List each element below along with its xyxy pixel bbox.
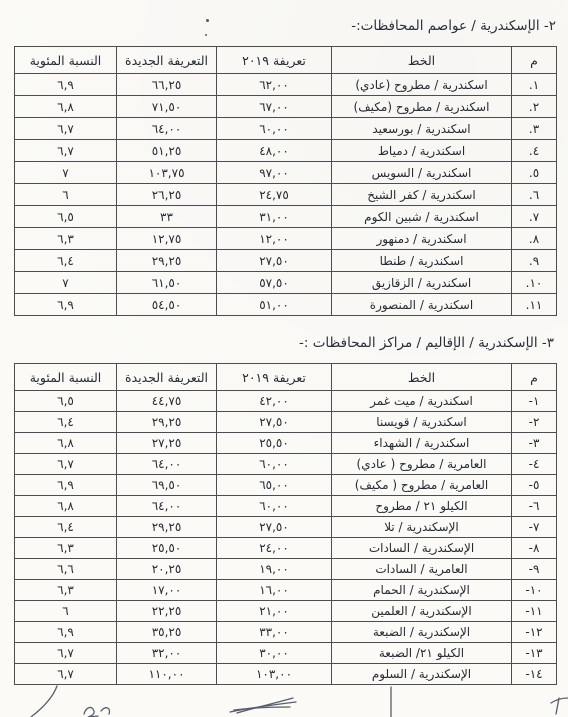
cell-tariff-2019: ٢٧,٥٠ xyxy=(217,412,332,433)
cell-new-tariff: ٧١,٥٠ xyxy=(117,96,217,118)
cell-line: اسكندرية / السويس xyxy=(332,162,512,184)
table-row: ١١-الإسكندرية / العلمين٢١,٠٠٢٢,٢٥٦ xyxy=(15,601,557,622)
cell-tariff-2019: ٦٠,٠٠ xyxy=(217,496,332,517)
cell-line: العامرية / السادات xyxy=(332,559,512,580)
cell-num: ٩- xyxy=(512,559,557,580)
table-row: ٧.اسكندرية / شبين الكوم٣١,٠٠٣٣٦,٥ xyxy=(15,206,557,228)
cell-line: اسكندرية / مطروح (عادي) xyxy=(332,74,512,96)
cell-line: الكيلو ٢١/ الضبعة xyxy=(332,643,512,664)
section-regions: ٣- الإسكندرية / الإقاليم / مراكز المحافظ… xyxy=(0,316,568,685)
cell-tariff-2019: ٤٨,٠٠ xyxy=(217,140,332,162)
cell-new-tariff: ٥١,٢٥ xyxy=(117,140,217,162)
table-row: ١٢-الإسكندرية / الضبعة٣٣,٠٠٣٥,٢٥٦,٩ xyxy=(15,622,557,643)
cell-percent: ٦,٥ xyxy=(15,391,117,412)
cell-num: ٥. xyxy=(512,162,557,184)
cell-new-tariff: ٢٢,٢٥ xyxy=(117,601,217,622)
pen-mark-arrow xyxy=(230,702,296,712)
cell-line: العامرية / مطروح ( مكيف) xyxy=(332,475,512,496)
cell-tariff-2019: ٥٧,٥٠ xyxy=(217,272,332,294)
cell-line: اسكندرية / دمياط xyxy=(332,140,512,162)
cell-tariff-2019: ٦٧,٠٠ xyxy=(217,96,332,118)
cell-percent: ٦,٧ xyxy=(15,664,117,685)
cell-new-tariff: ٢٩,٢٥ xyxy=(117,412,217,433)
section-regions-title: ٣- الإسكندرية / الإقاليم / مراكز المحافظ… xyxy=(0,316,568,351)
cell-new-tariff: ٢٩,٢٥ xyxy=(117,250,217,272)
cell-tariff-2019: ٦٢,٠٠ xyxy=(217,74,332,96)
cell-percent: ٦,٦ xyxy=(15,559,117,580)
table-row: ١٠.اسكندرية / الزقازيق٥٧,٥٠٦١,٥٠٧ xyxy=(15,272,557,294)
cell-num: ١- xyxy=(512,391,557,412)
cell-line: اسكندرية / كفر الشيخ xyxy=(332,184,512,206)
cell-line: الإسكندرية / الضبعة xyxy=(332,622,512,643)
cell-tariff-2019: ١٩,٠٠ xyxy=(217,559,332,580)
cell-new-tariff: ٦٩,٥٠ xyxy=(117,475,217,496)
cell-num: ١٠- xyxy=(512,580,557,601)
scanned-document-page: ٢- الإسكندرية / عواصم المحافظات:- م الخط… xyxy=(0,0,568,717)
column-header-line: الخط xyxy=(332,364,512,391)
cell-line: اسكندرية / مطروح (مكيف) xyxy=(332,96,512,118)
cell-line: الإسكندرية / الحمام xyxy=(332,580,512,601)
cell-tariff-2019: ٩٧,٠٠ xyxy=(217,162,332,184)
cell-num: ٨. xyxy=(512,228,557,250)
capitals-fares-table: م الخط تعريفة ٢٠١٩ التعريفة الجديدة النس… xyxy=(14,46,557,316)
cell-num: ١١. xyxy=(512,294,557,316)
cell-percent: ٦ xyxy=(15,184,117,206)
cell-percent: ٦,٩ xyxy=(15,622,117,643)
table-row: ٣.اسكندرية / بورسعيد٦٠,٠٠٦٤,٠٠٦,٧ xyxy=(15,118,557,140)
cell-percent: ٦,٩ xyxy=(15,74,117,96)
scan-speck xyxy=(206,19,209,22)
cell-percent: ٦,٣ xyxy=(15,580,117,601)
cell-new-tariff: ١٧,٠٠ xyxy=(117,580,217,601)
cell-percent: ٧ xyxy=(15,162,117,184)
cell-new-tariff: ٣٣ xyxy=(117,206,217,228)
cell-num: ٧- xyxy=(512,517,557,538)
table-row: ١١.اسكندرية / المنصورة٥١,٠٠٥٤,٥٠٦,٩ xyxy=(15,294,557,316)
cell-line: اسكندرية / بورسعيد xyxy=(332,118,512,140)
column-header-new-tariff: التعريفة الجديدة xyxy=(117,364,217,391)
cell-num: ١٤- xyxy=(512,664,557,685)
column-header-percent: النسبة المئوية xyxy=(15,364,117,391)
cell-tariff-2019: ٢٥,٥٠ xyxy=(217,433,332,454)
cell-num: ١. xyxy=(512,74,557,96)
table-row: ٢.اسكندرية / مطروح (مكيف)٦٧,٠٠٧١,٥٠٦,٨ xyxy=(15,96,557,118)
cell-new-tariff: ٣٥,٢٥ xyxy=(117,622,217,643)
column-header-tariff-2019: تعريفة ٢٠١٩ xyxy=(217,47,332,74)
cell-num: ١٠. xyxy=(512,272,557,294)
cell-num: ٣. xyxy=(512,118,557,140)
cell-line: الإسكندرية / السادات xyxy=(332,538,512,559)
pen-mark-corner xyxy=(551,698,568,714)
cell-new-tariff: ٦٦,٢٥ xyxy=(117,74,217,96)
cell-percent: ٦,٨ xyxy=(15,496,117,517)
pen-mark-arrow xyxy=(237,698,293,713)
cell-new-tariff: ١١٠,٠٠ xyxy=(117,664,217,685)
pen-mark-squiggle xyxy=(84,707,109,717)
table-row: ٨-الإسكندرية / السادات٢٤,٠٠٢٥,٥٠٦,٣ xyxy=(15,538,557,559)
table-row: ١٣-الكيلو ٢١/ الضبعة٣٠,٠٠٣٢,٠٠٦,٧ xyxy=(15,643,557,664)
cell-num: ٩. xyxy=(512,250,557,272)
cell-line: اسكندرية / الزقازيق xyxy=(332,272,512,294)
column-header-num: م xyxy=(512,364,557,391)
cell-tariff-2019: ٦٠,٠٠ xyxy=(217,454,332,475)
cell-percent: ٦,٨ xyxy=(15,433,117,454)
cell-new-tariff: ٦١,٥٠ xyxy=(117,272,217,294)
table-row: ١.اسكندرية / مطروح (عادي)٦٢,٠٠٦٦,٢٥٦,٩ xyxy=(15,74,557,96)
cell-num: ٤- xyxy=(512,454,557,475)
column-header-line: الخط xyxy=(332,47,512,74)
cell-new-tariff: ١٢,٧٥ xyxy=(117,228,217,250)
cell-num: ٨- xyxy=(512,538,557,559)
cell-line: العامرية / مطروح ( عادي) xyxy=(332,454,512,475)
cell-tariff-2019: ٣٠,٠٠ xyxy=(217,643,332,664)
cell-num: ٣- xyxy=(512,433,557,454)
column-header-percent: النسبة المئوية xyxy=(15,47,117,74)
cell-percent: ٦,٩ xyxy=(15,475,117,496)
cell-new-tariff: ١٠٣,٧٥ xyxy=(117,162,217,184)
cell-num: ١٢- xyxy=(512,622,557,643)
cell-percent: ٦,٤ xyxy=(15,517,117,538)
cell-new-tariff: ٢٥,٥٠ xyxy=(117,538,217,559)
cell-percent: ٦,٤ xyxy=(15,250,117,272)
cell-percent: ٦,٤ xyxy=(15,412,117,433)
table-header-row: م الخط تعريفة ٢٠١٩ التعريفة الجديدة النس… xyxy=(15,47,557,74)
cell-tariff-2019: ٢٧,٥٠ xyxy=(217,250,332,272)
cell-num: ١٣- xyxy=(512,643,557,664)
cell-percent: ٧ xyxy=(15,272,117,294)
cell-new-tariff: ٢٧,٢٥ xyxy=(117,433,217,454)
cell-num: ٤. xyxy=(512,140,557,162)
cell-percent: ٦,٧ xyxy=(15,454,117,475)
cell-line: الإسكندرية / العلمين xyxy=(332,601,512,622)
table-header-row: م الخط تعريفة ٢٠١٩ التعريفة الجديدة النس… xyxy=(15,364,557,391)
cell-percent: ٦,٣ xyxy=(15,538,117,559)
cell-line: الكيلو ٢١ / مطروح xyxy=(332,496,512,517)
cell-tariff-2019: ١٦,٠٠ xyxy=(217,580,332,601)
cell-percent: ٦,٣ xyxy=(15,228,117,250)
column-header-num: م xyxy=(512,47,557,74)
cell-num: ١١- xyxy=(512,601,557,622)
cell-tariff-2019: ١٠٣,٠٠ xyxy=(217,664,332,685)
scan-speck xyxy=(205,34,207,36)
table-row: ٥-العامرية / مطروح ( مكيف)٦٥,٠٠٦٩,٥٠٦,٩ xyxy=(15,475,557,496)
cell-tariff-2019: ٦٥,٠٠ xyxy=(217,475,332,496)
cell-tariff-2019: ٣١,٠٠ xyxy=(217,206,332,228)
cell-percent: ٦,٥ xyxy=(15,206,117,228)
cell-tariff-2019: ١٢,٠٠ xyxy=(217,228,332,250)
cell-tariff-2019: ٢٤,٧٥ xyxy=(217,184,332,206)
cell-percent: ٦,٧ xyxy=(15,140,117,162)
cell-num: ٦. xyxy=(512,184,557,206)
table-row: ١٠-الإسكندرية / الحمام١٦,٠٠١٧,٠٠٦,٣ xyxy=(15,580,557,601)
pen-mark-slash xyxy=(31,686,57,717)
section-capitals-title: ٢- الإسكندرية / عواصم المحافظات:- xyxy=(0,0,568,34)
table-row: ١٤-الإسكندرية / السلوم١٠٣,٠٠١١٠,٠٠٦,٧ xyxy=(15,664,557,685)
table-row: ٨.اسكندرية / دمنهور١٢,٠٠١٢,٧٥٦,٣ xyxy=(15,228,557,250)
cell-tariff-2019: ٢٧,٥٠ xyxy=(217,517,332,538)
cell-new-tariff: ٦٤,٠٠ xyxy=(117,496,217,517)
table-row: ٩-العامرية / السادات١٩,٠٠٢٠,٢٥٦,٦ xyxy=(15,559,557,580)
cell-line: الإسكندرية / السلوم xyxy=(332,664,512,685)
table-row: ٣-اسكندرية / الشهداء٢٥,٥٠٢٧,٢٥٦,٨ xyxy=(15,433,557,454)
table-row: ٤.اسكندرية / دمياط٤٨,٠٠٥١,٢٥٦,٧ xyxy=(15,140,557,162)
section-capitals: ٢- الإسكندرية / عواصم المحافظات:- م الخط… xyxy=(0,0,568,316)
cell-tariff-2019: ٢٤,٠٠ xyxy=(217,538,332,559)
cell-line: اسكندرية / دمنهور xyxy=(332,228,512,250)
cell-num: ٧. xyxy=(512,206,557,228)
cell-new-tariff: ٣٢,٠٠ xyxy=(117,643,217,664)
cell-line: الإسكندرية / تلا xyxy=(332,517,512,538)
cell-percent: ٦ xyxy=(15,601,117,622)
table-row: ٧-الإسكندرية / تلا٢٧,٥٠٢٩,٢٥٦,٤ xyxy=(15,517,557,538)
cell-line: اسكندرية / قويسنا xyxy=(332,412,512,433)
cell-line: اسكندرية / الشهداء xyxy=(332,433,512,454)
table-row: ٦.اسكندرية / كفر الشيخ٢٤,٧٥٢٦,٢٥٦ xyxy=(15,184,557,206)
cell-tariff-2019: ٤٢,٠٠ xyxy=(217,391,332,412)
cell-line: اسكندرية / شبين الكوم xyxy=(332,206,512,228)
cell-num: ٥- xyxy=(512,475,557,496)
cell-line: اسكندرية / المنصورة xyxy=(332,294,512,316)
cell-new-tariff: ٢٩,٢٥ xyxy=(117,517,217,538)
table-row: ٦-الكيلو ٢١ / مطروح٦٠,٠٠٦٤,٠٠٦,٨ xyxy=(15,496,557,517)
table-row: ٥.اسكندرية / السويس٩٧,٠٠١٠٣,٧٥٧ xyxy=(15,162,557,184)
table-row: ٤-العامرية / مطروح ( عادي)٦٠,٠٠٦٤,٠٠٦,٧ xyxy=(15,454,557,475)
cell-new-tariff: ٢٠,٢٥ xyxy=(117,559,217,580)
cell-new-tariff: ٦٤,٠٠ xyxy=(117,454,217,475)
column-header-tariff-2019: تعريفة ٢٠١٩ xyxy=(217,364,332,391)
regions-fares-table: م الخط تعريفة ٢٠١٩ التعريفة الجديدة النس… xyxy=(14,363,557,685)
cell-new-tariff: ٤٤,٧٥ xyxy=(117,391,217,412)
cell-tariff-2019: ٣٣,٠٠ xyxy=(217,622,332,643)
cell-num: ٢- xyxy=(512,412,557,433)
cell-tariff-2019: ٢١,٠٠ xyxy=(217,601,332,622)
cell-new-tariff: ٦٤,٠٠ xyxy=(117,118,217,140)
table-row: ١-اسكندرية / ميت غمر٤٢,٠٠٤٤,٧٥٦,٥ xyxy=(15,391,557,412)
cell-percent: ٦,٨ xyxy=(15,96,117,118)
cell-num: ٦- xyxy=(512,496,557,517)
table-row: ٩.اسكندرية / طنطا٢٧,٥٠٢٩,٢٥٦,٤ xyxy=(15,250,557,272)
cell-percent: ٦,٧ xyxy=(15,118,117,140)
cell-new-tariff: ٥٤,٥٠ xyxy=(117,294,217,316)
cell-percent: ٦,٧ xyxy=(15,643,117,664)
cell-num: ٢. xyxy=(512,96,557,118)
cell-line: اسكندرية / ميت غمر xyxy=(332,391,512,412)
table-row: ٢-اسكندرية / قويسنا٢٧,٥٠٢٩,٢٥٦,٤ xyxy=(15,412,557,433)
cell-line: اسكندرية / طنطا xyxy=(332,250,512,272)
column-header-new-tariff: التعريفة الجديدة xyxy=(117,47,217,74)
pen-mark-arrow xyxy=(234,707,290,710)
cell-tariff-2019: ٥١,٠٠ xyxy=(217,294,332,316)
cell-percent: ٦,٩ xyxy=(15,294,117,316)
cell-new-tariff: ٢٦,٢٥ xyxy=(117,184,217,206)
cell-tariff-2019: ٦٠,٠٠ xyxy=(217,118,332,140)
